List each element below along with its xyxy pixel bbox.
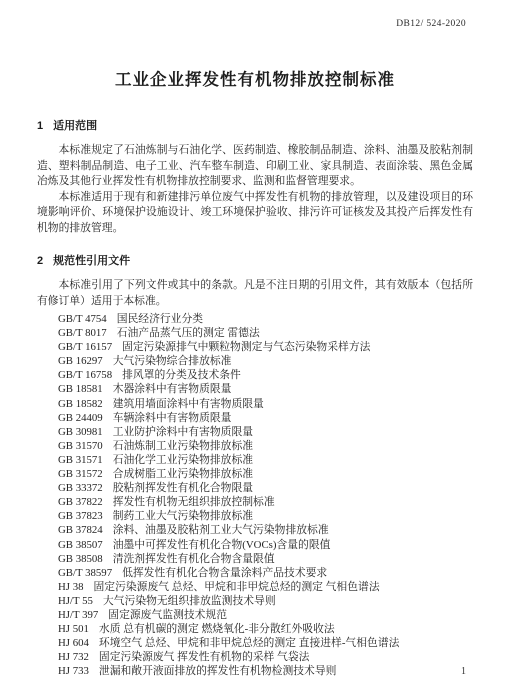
reference-code: HJ/T 397 [58, 609, 98, 621]
page-header: DB12/ 524-2020 [0, 0, 510, 29]
reference-item: GB 24409车辆涂料中有害物质限量 [37, 411, 473, 425]
reference-item: GB/T 16758排风罩的分类及技术条件 [37, 368, 473, 382]
document-page: DB12/ 524-2020 工业企业挥发性有机物排放控制标准 1适用范围 本标… [0, 0, 510, 685]
reference-code: HJ 38 [58, 581, 84, 593]
reference-code: GB 31570 [58, 440, 103, 452]
reference-item: GB/T 4754国民经济行业分类 [37, 312, 473, 326]
standard-code: DB12/ 524-2020 [396, 19, 466, 29]
reference-title: 石油化学工业污染物排放标准 [113, 454, 253, 466]
reference-item: GB 38508清洗剂挥发性有机化合物含量限值 [37, 552, 473, 566]
reference-item: GB 37823制药工业大气污染物排放标准 [37, 509, 473, 523]
reference-title: 环境空气 总烃、甲烷和非甲烷总烃的测定 直接进样-气相色谱法 [99, 637, 400, 649]
reference-title: 水质 总有机碳的测定 燃烧氧化-非分散红外吸收法 [99, 623, 335, 635]
reference-title: 涂料、油墨及胶粘剂工业大气污染物排放标准 [113, 524, 329, 536]
reference-title: 泄漏和敞开液面排放的挥发性有机物检测技术导则 [99, 665, 337, 677]
reference-item: GB 31571石油化学工业污染物排放标准 [37, 453, 473, 467]
section-1-paragraph: 本标准适用于现有和新建排污单位废气中挥发性有机物的排放管理，以及建设项目的环境影… [37, 190, 473, 237]
reference-title: 石油炼制工业污染物排放标准 [113, 440, 253, 452]
reference-code: HJ 501 [58, 623, 89, 635]
document-body: 1适用范围 本标准规定了石油炼制与石油化学、医药制造、橡胶制品制造、涂料、油墨及… [37, 119, 473, 678]
reference-list: GB/T 4754国民经济行业分类 GB/T 8017石油产品蒸气压的测定 雷德… [37, 312, 473, 678]
reference-title: 固定污染源废气 挥发性有机物的采样 气袋法 [99, 651, 310, 663]
reference-item: GB 37822挥发性有机物无组织排放控制标准 [37, 495, 473, 509]
reference-code: GB 16297 [58, 355, 103, 367]
reference-code: GB 37822 [58, 496, 103, 508]
reference-item: GB 16297大气污染物综合排放标准 [37, 354, 473, 368]
reference-title: 胶粘剂挥发性有机化合物限量 [113, 482, 253, 494]
section-1-paragraph: 本标准规定了石油炼制与石油化学、医药制造、橡胶制品制造、涂料、油墨及胶粘剂制造、… [37, 143, 473, 190]
reference-code: GB 33372 [58, 482, 103, 494]
reference-code: GB 31571 [58, 454, 103, 466]
reference-code: HJ 733 [58, 665, 89, 677]
reference-code: GB/T 4754 [58, 313, 107, 325]
reference-title: 油墨中可挥发性有机化合物(VOCs)含量的限值 [113, 539, 331, 551]
reference-title: 工业防护涂料中有害物质限量 [113, 426, 253, 438]
reference-code: HJ 604 [58, 637, 89, 649]
section-2-heading: 2规范性引用文件 [37, 254, 473, 269]
section-1-heading: 1适用范围 [37, 119, 473, 134]
reference-code: GB 24409 [58, 412, 103, 424]
reference-title: 制药工业大气污染物排放标准 [113, 510, 253, 522]
reference-title: 固定污染源排气中颗粒物测定与气态污染物采样方法 [122, 341, 370, 353]
reference-item: HJ 501水质 总有机碳的测定 燃烧氧化-非分散红外吸收法 [37, 622, 473, 636]
reference-code: GB/T 16157 [58, 341, 112, 353]
reference-code: GB 38508 [58, 553, 103, 565]
reference-title: 车辆涂料中有害物质限量 [113, 412, 232, 424]
reference-item: HJ 38固定污染源废气 总烃、甲烷和非甲烷总烃的测定 气相色谱法 [37, 580, 473, 594]
reference-title: 低挥发性有机化合物含量涂料产品技术要求 [122, 567, 327, 579]
reference-title: 固定污染源废气 总烃、甲烷和非甲烷总烃的测定 气相色谱法 [94, 581, 380, 593]
reference-title: 挥发性有机物无组织排放控制标准 [113, 496, 275, 508]
reference-code: GB/T 8017 [58, 327, 107, 339]
reference-item: HJ/T 397固定源废气监测技术规范 [37, 608, 473, 622]
reference-item: GB 31572合成树脂工业污染物排放标准 [37, 467, 473, 481]
reference-item: GB 30981工业防护涂料中有害物质限量 [37, 425, 473, 439]
document-title: 工业企业挥发性有机物排放控制标准 [0, 69, 510, 91]
reference-item: HJ 733泄漏和敞开液面排放的挥发性有机物检测技术导则 [37, 664, 473, 678]
reference-code: HJ/T 55 [58, 595, 93, 607]
reference-code: GB 18582 [58, 398, 103, 410]
section-1-label: 适用范围 [53, 120, 97, 132]
reference-title: 石油产品蒸气压的测定 雷德法 [117, 327, 260, 339]
reference-title: 建筑用墙面涂料中有害物质限量 [113, 398, 264, 410]
reference-code: GB 30981 [58, 426, 103, 438]
reference-title: 国民经济行业分类 [117, 313, 203, 325]
reference-title: 大气污染物无组织排放监测技术导则 [103, 595, 276, 607]
reference-title: 木器涂料中有害物质限量 [113, 383, 232, 395]
section-2-number: 2 [37, 255, 43, 267]
reference-item: HJ 732固定污染源废气 挥发性有机物的采样 气袋法 [37, 650, 473, 664]
reference-code: HJ 732 [58, 651, 89, 663]
reference-title: 排风罩的分类及技术条件 [122, 369, 241, 381]
reference-code: GB 31572 [58, 468, 103, 480]
reference-code: GB 38507 [58, 539, 103, 551]
reference-item: GB 18581木器涂料中有害物质限量 [37, 382, 473, 396]
reference-item: GB 18582建筑用墙面涂料中有害物质限量 [37, 397, 473, 411]
reference-title: 清洗剂挥发性有机化合物含量限值 [113, 553, 275, 565]
reference-code: GB/T 16758 [58, 369, 112, 381]
reference-item: GB 37824涂料、油墨及胶粘剂工业大气污染物排放标准 [37, 523, 473, 537]
reference-item: GB 31570石油炼制工业污染物排放标准 [37, 439, 473, 453]
reference-code: GB 37823 [58, 510, 103, 522]
reference-item: GB 33372胶粘剂挥发性有机化合物限量 [37, 481, 473, 495]
reference-title: 固定源废气监测技术规范 [108, 609, 227, 621]
page-number: 1 [461, 666, 466, 677]
reference-code: GB 37824 [58, 524, 103, 536]
reference-code: GB 18581 [58, 383, 103, 395]
reference-title: 合成树脂工业污染物排放标准 [113, 468, 253, 480]
reference-code: GB/T 38597 [58, 567, 112, 579]
reference-item: HJ/T 55大气污染物无组织排放监测技术导则 [37, 594, 473, 608]
reference-title: 大气污染物综合排放标准 [113, 355, 232, 367]
reference-item: GB/T 8017石油产品蒸气压的测定 雷德法 [37, 326, 473, 340]
section-2-label: 规范性引用文件 [53, 255, 130, 267]
section-1-number: 1 [37, 120, 43, 132]
reference-item: GB/T 38597低挥发性有机化合物含量涂料产品技术要求 [37, 566, 473, 580]
section-2-intro: 本标准引用了下列文件或其中的条款。凡是不注日期的引用文件，其有效版本（包括所有修… [37, 278, 473, 309]
reference-item: GB 38507油墨中可挥发性有机化合物(VOCs)含量的限值 [37, 538, 473, 552]
reference-item: HJ 604环境空气 总烃、甲烷和非甲烷总烃的测定 直接进样-气相色谱法 [37, 636, 473, 650]
reference-item: GB/T 16157固定污染源排气中颗粒物测定与气态污染物采样方法 [37, 340, 473, 354]
